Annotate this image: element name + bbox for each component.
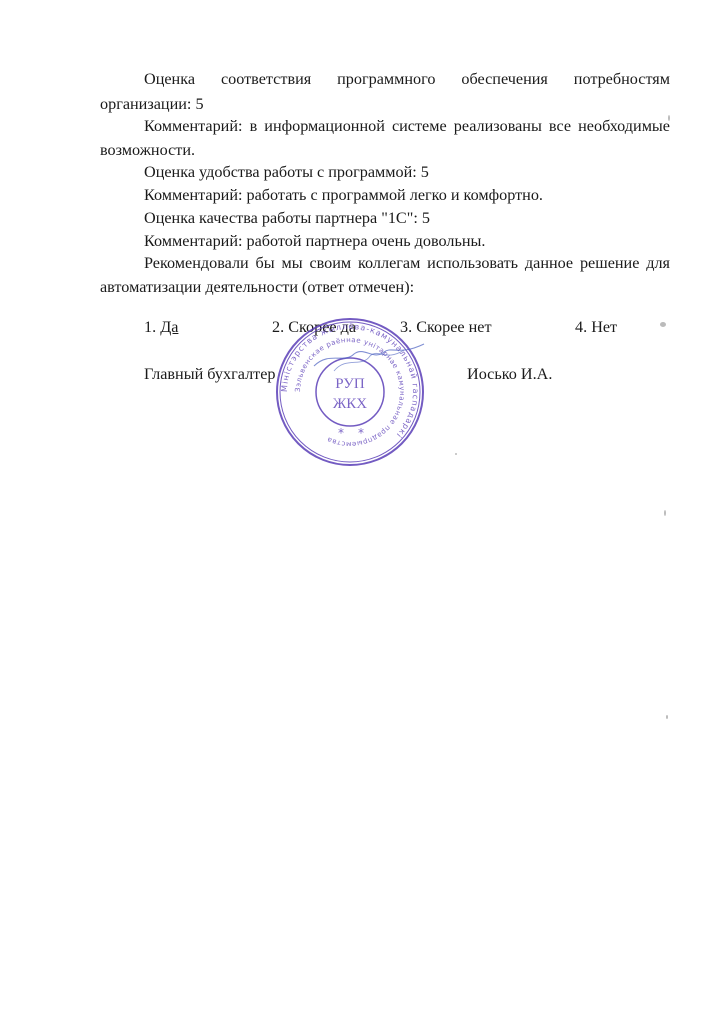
stamp-center-top: РУП	[335, 376, 365, 392]
paragraph-partner-quality: Оценка качества работы партнера "1С": 5	[144, 208, 430, 228]
paragraph-recommendation-cont: автоматизации деятельности (ответ отмече…	[100, 277, 414, 297]
paragraph-software-fit: Оценка соответствия программного обеспеч…	[100, 68, 670, 91]
option-label: Скорее нет	[416, 318, 491, 336]
signature-position: Главный бухгалтер	[144, 364, 276, 384]
stamp-inner-text: Зэльвенскае раённае унiтарнае камунальна…	[294, 336, 406, 448]
paragraph-comment-1: Комментарий: в информационной системе ре…	[100, 115, 670, 138]
option-label-selected: Да	[160, 318, 178, 336]
paragraph-usability: Оценка удобства работы с программой: 5	[144, 162, 429, 182]
svg-text:*: *	[358, 426, 364, 440]
stamp-center-bottom: ЖКХ	[333, 396, 367, 412]
paragraph-line: Рекомендовали бы мы своим коллегам испол…	[144, 254, 670, 272]
paragraph-line: Оценка соответствия программного обеспеч…	[144, 70, 670, 88]
paragraph-comment-1-cont: возможности.	[100, 140, 195, 160]
svg-text:*: *	[338, 426, 344, 440]
signature-name: Иосько И.А.	[467, 364, 552, 384]
paragraph-comment-3: Комментарий: работой партнера очень дово…	[144, 231, 485, 251]
paragraph-line: Комментарий: в информационной системе ре…	[144, 117, 670, 135]
option-number: 4.	[575, 318, 587, 336]
option-4: 4. Нет	[575, 317, 617, 337]
option-number: 1.	[144, 318, 156, 336]
paragraph-recommendation: Рекомендовали бы мы своим коллегам испол…	[100, 252, 670, 275]
official-stamp-icon: Мiнiстэрства жыллёва-камунальнай гаспада…	[274, 316, 426, 468]
svg-text:Зэльвенскае раённае унiтарнае: Зэльвенскае раённае унiтарнае камунальна…	[294, 336, 406, 448]
option-label: Нет	[591, 318, 617, 336]
paragraph-comment-2: Комментарий: работать с программой легко…	[144, 185, 543, 205]
document-page: Оценка соответствия программного обеспеч…	[0, 0, 725, 1024]
option-1: 1. Да	[144, 317, 178, 337]
paragraph-software-fit-cont: организации: 5	[100, 94, 204, 114]
